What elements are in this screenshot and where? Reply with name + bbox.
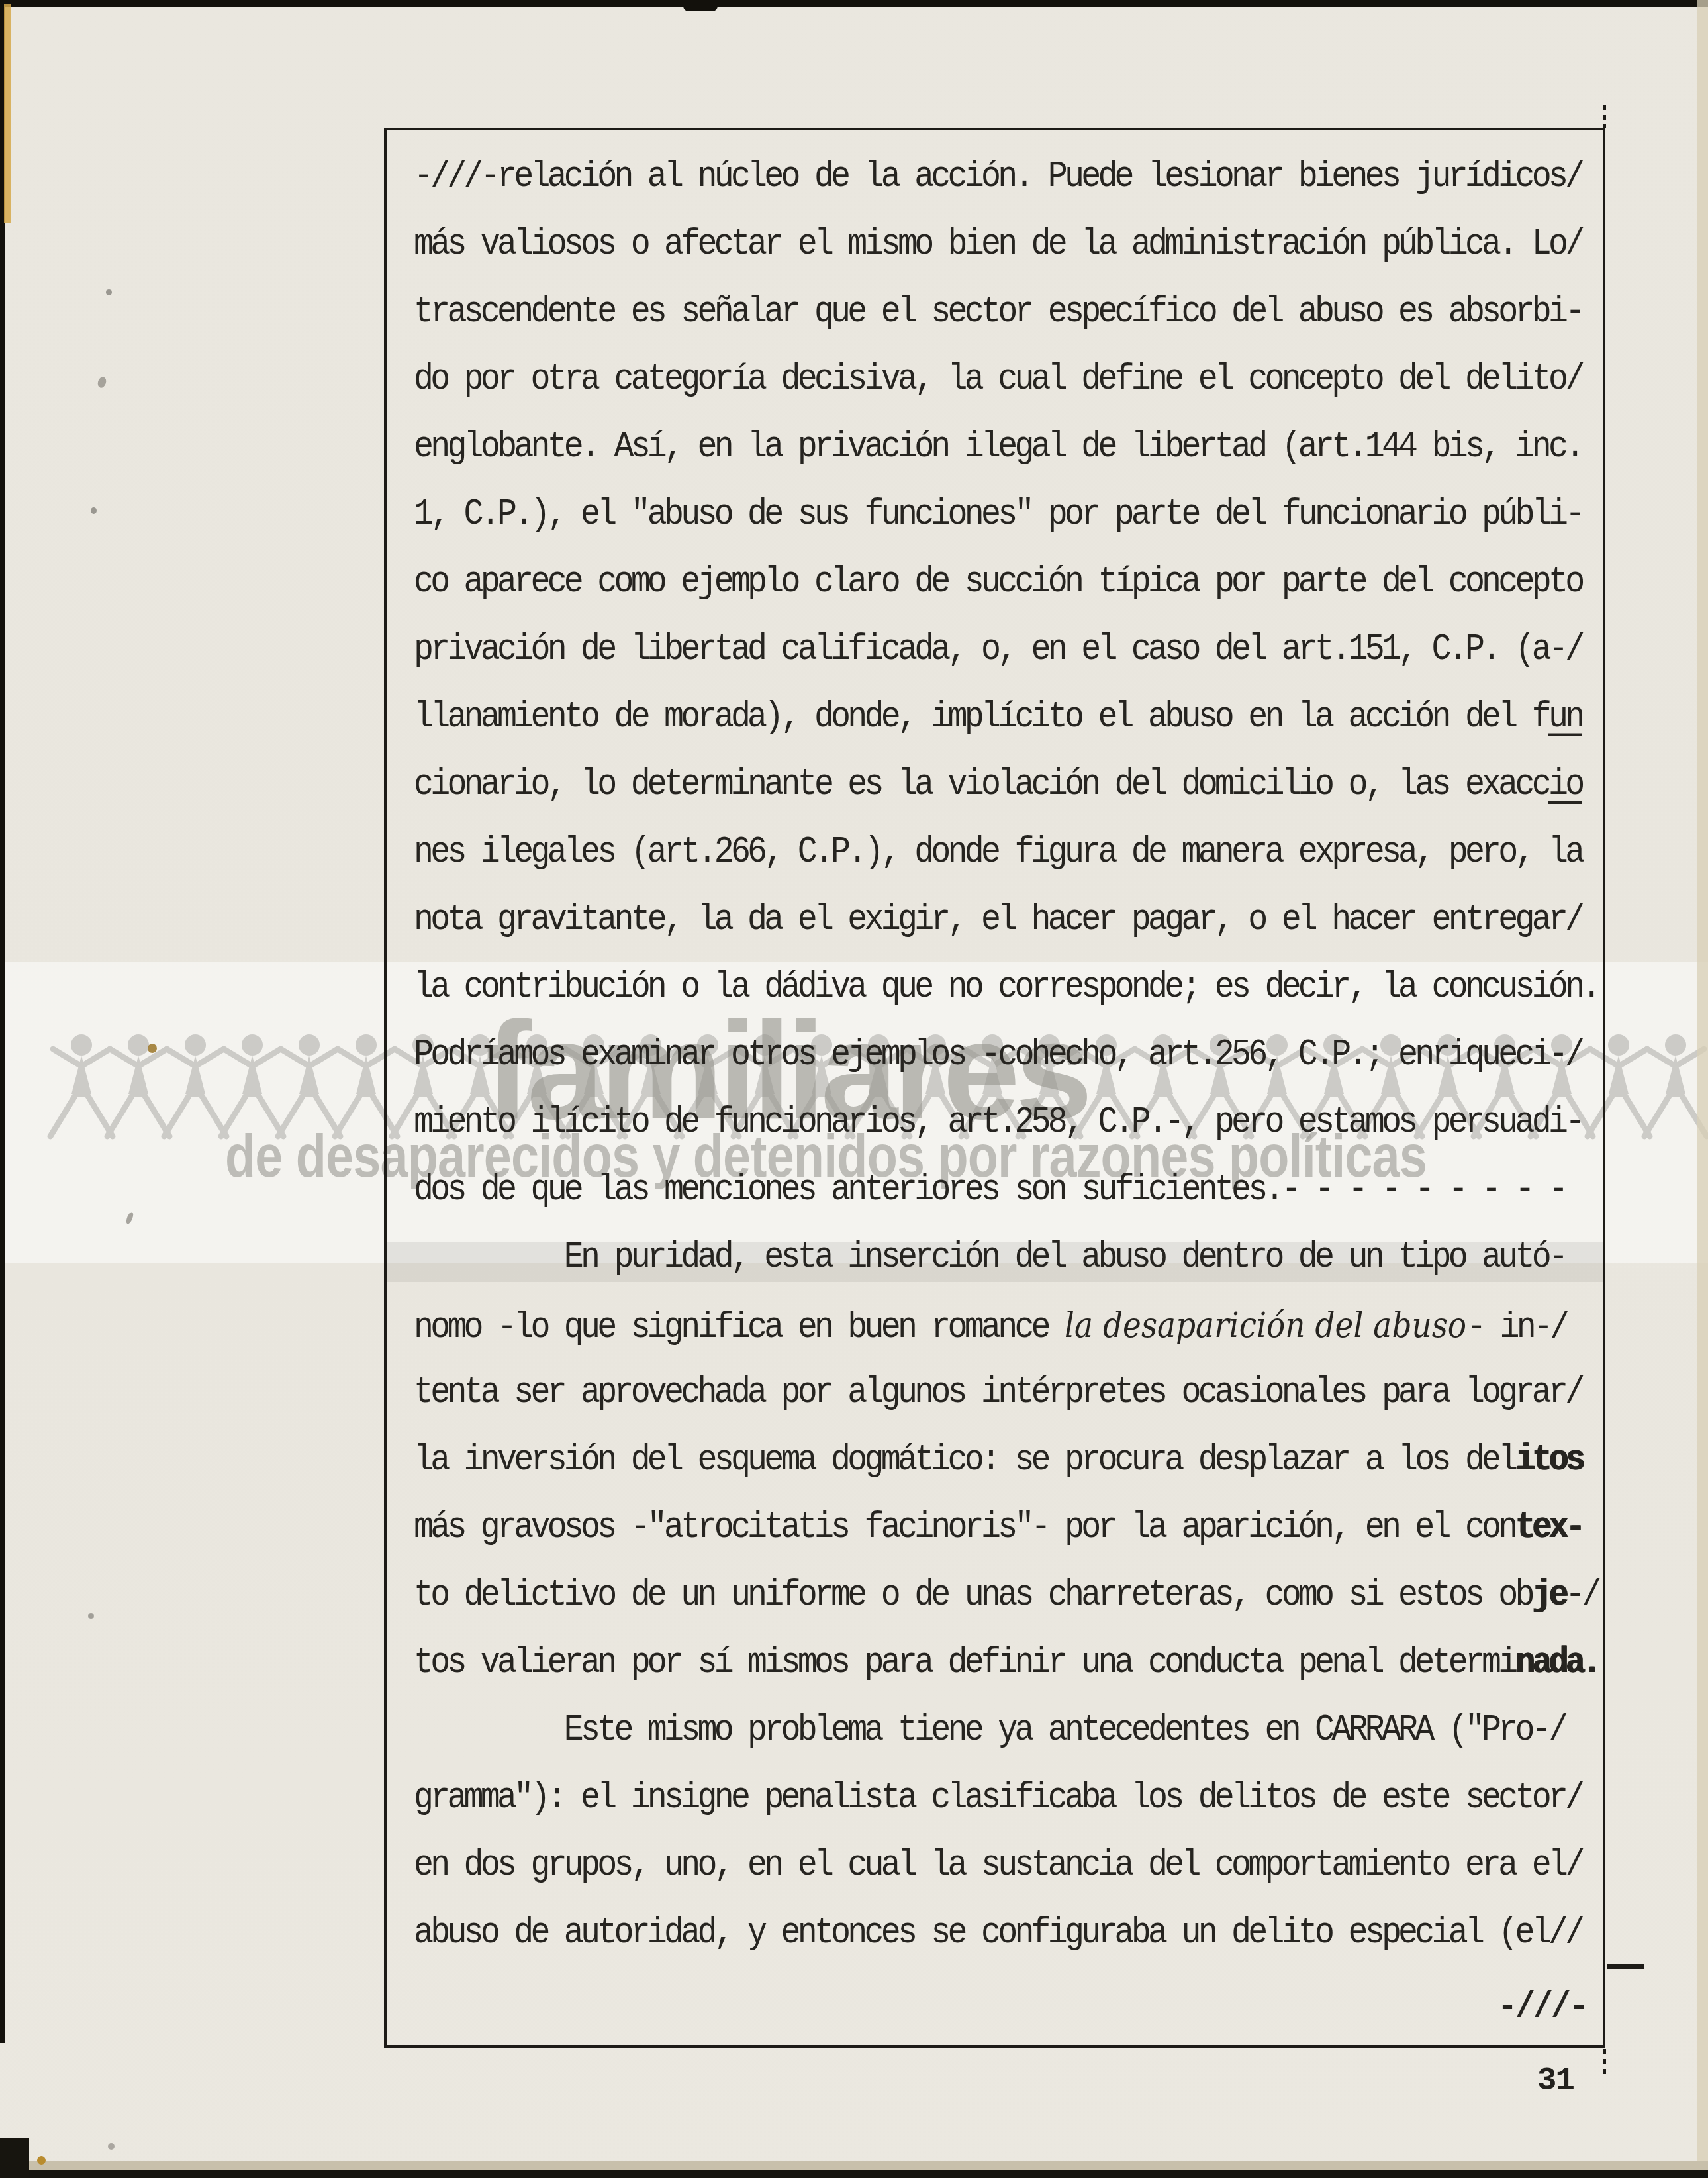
text-line: más valiosos o afectar el mismo bien de … (414, 226, 1582, 264)
scan-corner-mark (0, 2138, 29, 2178)
text-segment: abuso de autoridad, y entonces se config… (414, 1912, 1582, 1955)
text-line: miento ilícito de funcionarios, art.258,… (414, 1105, 1582, 1142)
text-segment: -///-relación al núcleo de la acción. Pu… (414, 156, 1582, 199)
scan-speck (125, 1211, 135, 1225)
document-frame (384, 128, 1605, 2048)
text-segment: más gravosos -"atrocitatis facinoris"- p… (414, 1507, 1515, 1550)
text-line: cionario, lo determinante es la violació… (414, 767, 1582, 804)
text-segment: nada. (1515, 1642, 1599, 1685)
scan-speck (148, 1044, 157, 1053)
text-segment: miento ilícito de funcionarios, art.258,… (414, 1102, 1582, 1144)
text-segment: cionario, lo determinante es la violació… (414, 764, 1548, 807)
text-line: do por otra categoría decisiva, la cual … (414, 362, 1582, 399)
text-line: tenta ser aprovechada por algunos intérp… (414, 1375, 1582, 1412)
text-line: en dos grupos, uno, en el cual la sustan… (414, 1848, 1582, 1885)
text-segment: nota gravitante, la da el exigir, el hac… (414, 899, 1582, 942)
scan-edge-bottom (0, 2170, 1708, 2178)
end-continuation-mark: -///- (1497, 1987, 1587, 2028)
scanned-page: { "colors":{ "paper":"#eae7df", "ink":"#… (0, 0, 1708, 2178)
frame-side-tick (1607, 1964, 1644, 1969)
text-line: nota gravitante, la da el exigir, el hac… (414, 902, 1582, 939)
scan-edge-top (0, 0, 1708, 7)
text-segment: nes ilegales (art.266, C.P.), donde figu… (414, 832, 1582, 874)
text-line: gramma"): el insigne penalista clasifica… (414, 1780, 1582, 1817)
text-segment: tex- (1515, 1507, 1582, 1550)
text-line: la contribución o la dádiva que no corre… (414, 969, 1599, 1007)
text-segment: - in-/ (1466, 1307, 1566, 1349)
text-segment: -/ (1565, 1575, 1598, 1617)
text-line: llanamiento de morada), donde, implícito… (414, 699, 1582, 736)
frame-right-border-dots-top (1603, 105, 1606, 128)
scan-edge-notch (683, 0, 718, 11)
text-segment: tenta ser aprovechada por algunos intérp… (414, 1372, 1582, 1414)
text-segment: itos (1515, 1440, 1582, 1482)
text-segment: to delictivo de un uniforme o de unas ch… (414, 1575, 1532, 1617)
text-line: nes ilegales (art.266, C.P.), donde figu… (414, 834, 1582, 871)
text-line: privación de libertad calificada, o, en … (414, 632, 1582, 669)
scan-speck (108, 2143, 115, 2150)
scan-speck (106, 289, 112, 295)
text-segment: trascendente es señalar que el sector es… (414, 291, 1582, 334)
text-segment: 1, C.P.), el "abuso de sus funciones" po… (414, 494, 1582, 536)
text-segment: llanamiento de morada), donde, implícito… (414, 697, 1548, 739)
text-line: En puridad, esta inserción del abuso den… (414, 1240, 1565, 1277)
scan-edge-left (0, 0, 5, 2043)
text-line: más gravosos -"atrocitatis facinoris"- p… (414, 1510, 1582, 1547)
text-segment: tos valieran por sí mismos para definir … (414, 1642, 1515, 1685)
text-line: abuso de autoridad, y entonces se config… (414, 1915, 1582, 1952)
text-line: tos valieran por sí mismos para definir … (414, 1645, 1599, 1682)
scan-edge-right (1697, 0, 1708, 2178)
text-segment: je (1532, 1575, 1565, 1617)
text-segment: la contribución o la dádiva que no corre… (414, 967, 1599, 1009)
text-segment: Este mismo problema tiene ya antecedente… (414, 1710, 1565, 1752)
text-segment: En puridad, esta inserción del abuso den… (414, 1237, 1565, 1279)
text-line: englobante. Así, en la privación ilegal … (414, 429, 1582, 466)
text-line: nomo -lo que significa en buen romance l… (414, 1307, 1566, 1346)
scan-speck (97, 376, 108, 389)
text-segment: privación de libertad calificada, o, en … (414, 629, 1582, 671)
text-segment: gramma"): el insigne penalista clasifica… (414, 1777, 1582, 1820)
text-segment: en dos grupos, uno, en el cual la sustan… (414, 1845, 1582, 1887)
text-segment: nomo -lo que significa en buen romance (414, 1307, 1065, 1349)
text-line: co aparece como ejemplo claro de succión… (414, 564, 1582, 601)
text-segment: Podríamos examinar otros ejemplos -cohec… (414, 1034, 1582, 1077)
text-segment: co aparece como ejemplo claro de succión… (414, 562, 1582, 604)
scan-edge-bottom-tan (0, 2161, 1708, 2171)
scan-speck (88, 1613, 94, 1619)
scan-corner-fleck (37, 2156, 46, 2165)
text-line: trascendente es señalar que el sector es… (414, 294, 1582, 331)
italic-phrase: la desaparición del abuso (1065, 1305, 1466, 1346)
text-line: 1, C.P.), el "abuso de sus funciones" po… (414, 497, 1582, 534)
scan-edge-yellow-sliver (4, 4, 11, 223)
text-line: la inversión del esquema dogmático: se p… (414, 1442, 1582, 1479)
text-line: Podríamos examinar otros ejemplos -cohec… (414, 1037, 1582, 1074)
text-segment: dos de que las menciones anteriores son … (414, 1169, 1565, 1212)
frame-right-border-dots-bottom (1603, 2049, 1606, 2075)
text-line: dos de que las menciones anteriores son … (414, 1172, 1565, 1209)
text-segment: englobante. Así, en la privación ilegal … (414, 426, 1582, 469)
text-segment: un (1548, 697, 1582, 739)
text-line: Este mismo problema tiene ya antecedente… (414, 1712, 1565, 1750)
text-segment: la inversión del esquema dogmático: se p… (414, 1440, 1515, 1482)
text-segment: do por otra categoría decisiva, la cual … (414, 359, 1582, 401)
text-line: to delictivo de un uniforme o de unas ch… (414, 1577, 1599, 1614)
text-line: -///-relación al núcleo de la acción. Pu… (414, 159, 1582, 196)
text-segment: io (1548, 764, 1582, 807)
scan-speck (91, 507, 97, 514)
page-number: 31 (1537, 2062, 1574, 2099)
text-segment: más valiosos o afectar el mismo bien de … (414, 224, 1582, 266)
